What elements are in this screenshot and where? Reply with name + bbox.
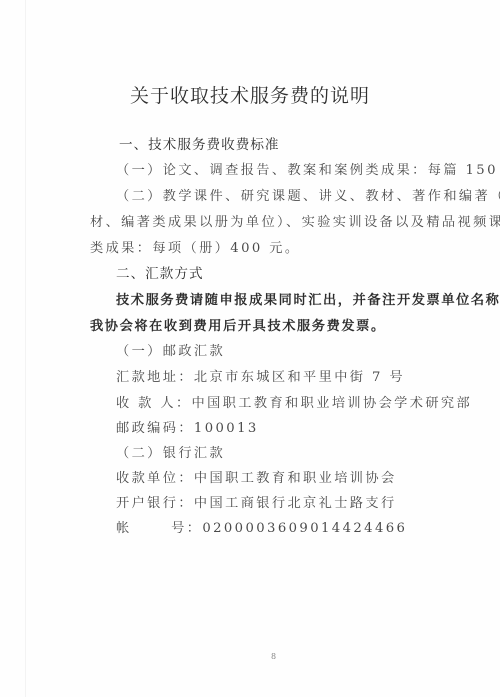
fee-item-courseware-line3: 类成果：每项（册）400 元。: [90, 237, 300, 256]
fee-item-courseware-line1: （二）教学课件、研究课题、讲义、教材、著作和编著（教: [116, 185, 500, 204]
section-heading-remittance: 二、汇款方式: [116, 262, 204, 282]
remittance-note-line2: 我协会将在收到费用后开具技术服务费发票。: [90, 315, 386, 334]
fee-item-papers: （一）论文、调查报告、教案和案例类成果：每篇 150 元。: [116, 159, 500, 178]
document-page: 关于收取技术服务费的说明 一、技术服务费收费标准 （一）论文、调查报告、教案和案…: [0, 0, 500, 697]
bank-payee-unit: 收款单位：中国职工教育和职业培训协会: [116, 467, 397, 486]
postal-address: 汇款地址：北京市东城区和平里中街 7 号: [116, 366, 405, 385]
postal-code: 邮政编码：100013: [116, 417, 259, 436]
fee-item-courseware-line2: 材、编著类成果以册为单位）、实验实训设备以及精品视频课程: [90, 211, 500, 230]
postal-payee: 收 款 人：中国职工教育和职业培训协会学术研究部: [116, 392, 472, 411]
page-number: 8: [271, 652, 276, 661]
section-heading-fee-standard: 一、技术服务费收费标准: [119, 133, 280, 153]
document-title: 关于收取技术服务费的说明: [0, 81, 500, 108]
remittance-note-line1: 技术服务费请随申报成果同时汇出，并备注开发票单位名称，: [116, 289, 500, 308]
bank-remittance-heading: （二）银行汇款: [116, 442, 225, 461]
bank-name: 开户银行：中国工商银行北京礼士路支行: [116, 492, 397, 511]
postal-remittance-heading: （一）邮政汇款: [116, 340, 225, 359]
bank-account-number: 帐 号：0200003609014424466: [116, 517, 407, 536]
